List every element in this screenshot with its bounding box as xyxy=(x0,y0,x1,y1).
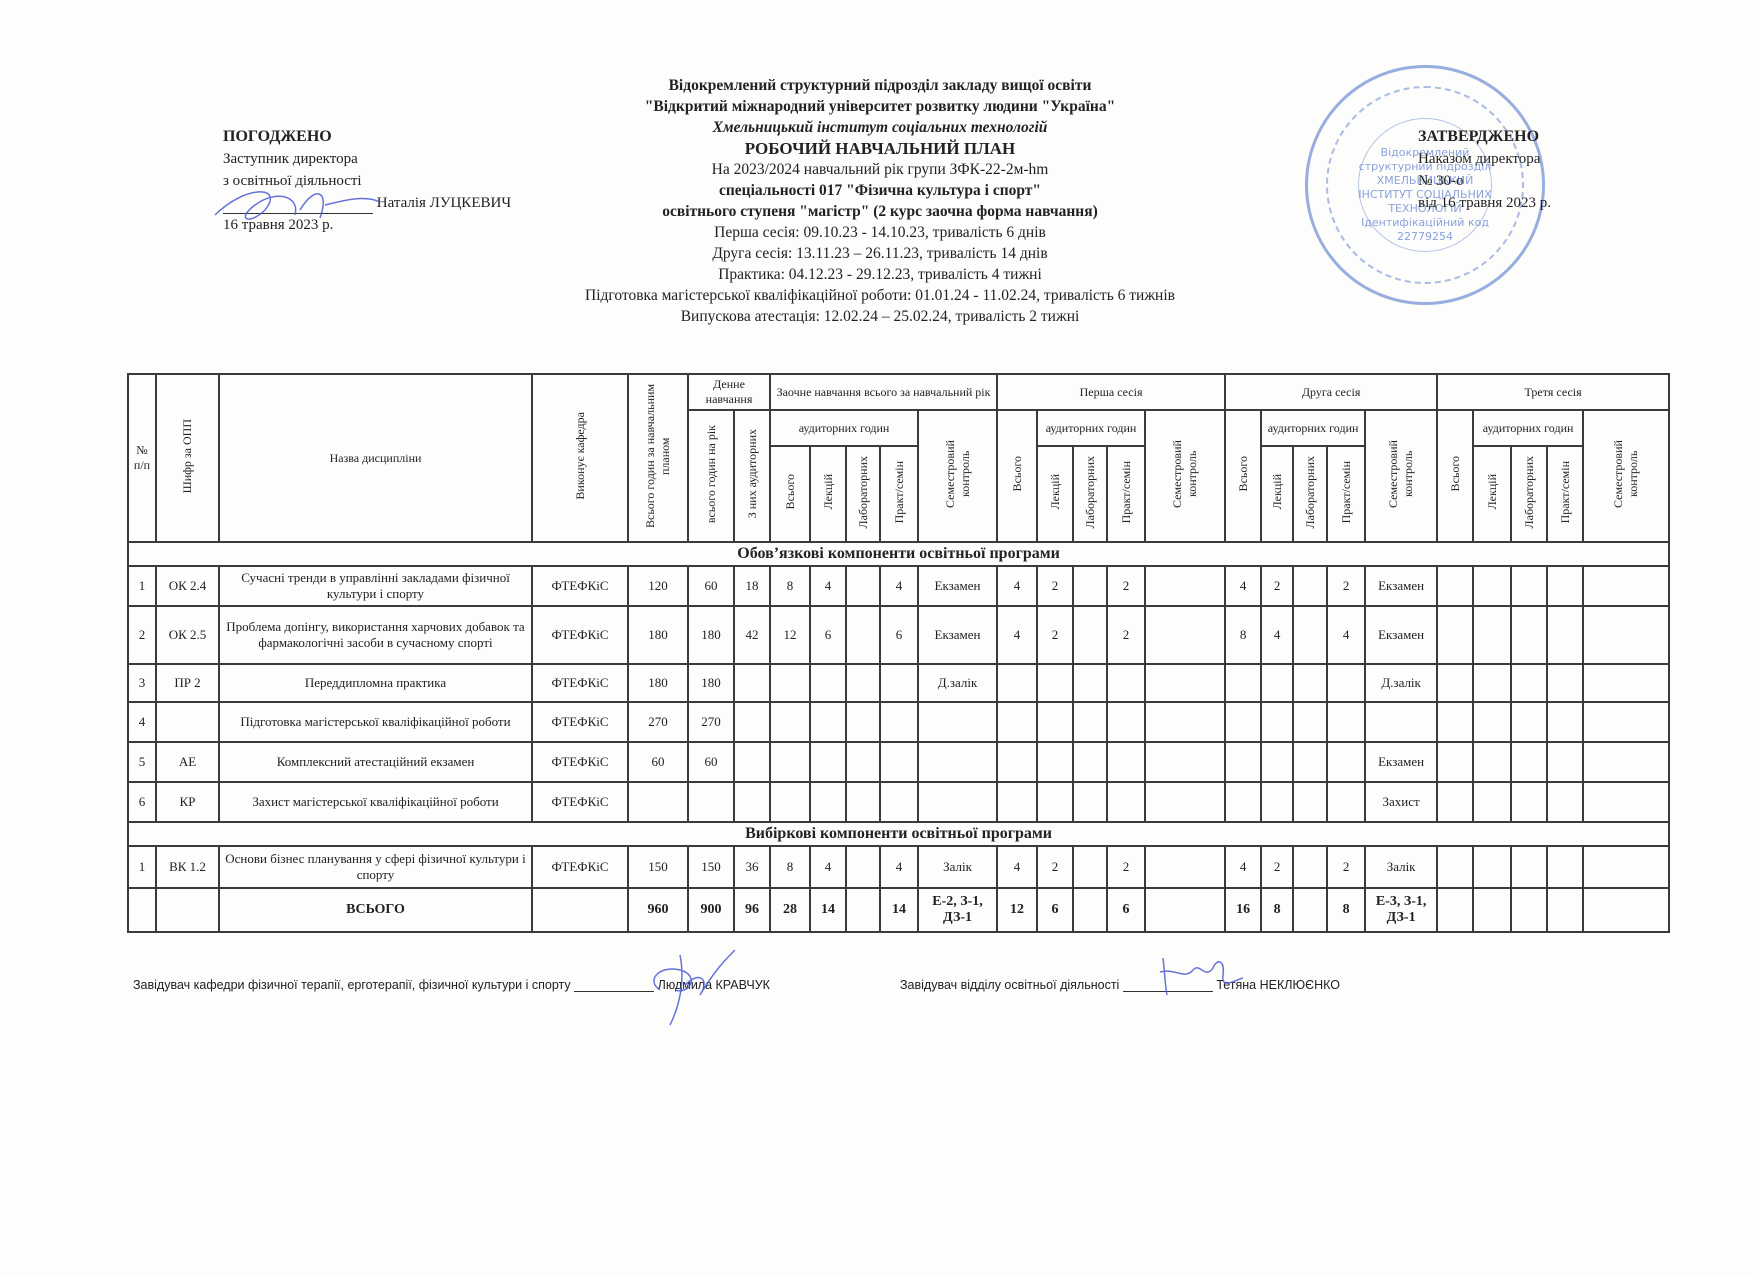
cell-s2-pract: 4 xyxy=(1327,606,1365,664)
cell-s2-pract: 8 xyxy=(1327,888,1365,932)
cell-name: Переддипломна практика xyxy=(219,664,532,702)
cell-day-aud: 36 xyxy=(734,846,770,888)
cell-s3-pract xyxy=(1547,846,1583,888)
cell-s3-ctrl xyxy=(1583,606,1669,664)
cell-s2-lab xyxy=(1293,702,1327,742)
col-code-header: Шифр за ОПП xyxy=(156,374,219,542)
section-elective-label: Вибіркові компоненти освітньої програми xyxy=(128,822,1669,846)
col-s2-pract-header: Практ/семін xyxy=(1327,446,1365,542)
stamp-line: Ідентифікаційний код xyxy=(1308,216,1542,230)
cell-s1-ctrl xyxy=(1145,888,1225,932)
cell-code xyxy=(156,888,219,932)
table-row: 2ОК 2.5Проблема допінгу, використання ха… xyxy=(128,606,1669,664)
cell-ex-lect: 14 xyxy=(810,888,846,932)
col-ex-pract-header: Практ/семін xyxy=(880,446,918,542)
col-s1-pract-header: Практ/семін xyxy=(1107,446,1145,542)
cell-s2-all xyxy=(1225,742,1261,782)
col-s3-pract-header: Практ/семін xyxy=(1547,446,1583,542)
cell-s3-all xyxy=(1437,664,1473,702)
cell-s2-lab xyxy=(1293,742,1327,782)
cell-day-aud xyxy=(734,702,770,742)
cell-s2-pract xyxy=(1327,664,1365,702)
cell-s1-lab xyxy=(1073,566,1107,606)
cell-s1-lect: 2 xyxy=(1037,846,1073,888)
cell-name: Підготовка магістерської кваліфікаційної… xyxy=(219,702,532,742)
cell-s2-ctrl: Екзамен xyxy=(1365,742,1437,782)
cell-s3-pract xyxy=(1547,566,1583,606)
cell-ex-lab xyxy=(846,702,880,742)
cell-dept: ФТЕФКіС xyxy=(532,846,628,888)
cell-s1-pract xyxy=(1107,664,1145,702)
cell-day-aud xyxy=(734,664,770,702)
cell-s1-all: 4 xyxy=(997,566,1037,606)
cell-num: 6 xyxy=(128,782,156,822)
cell-s3-ctrl xyxy=(1583,566,1669,606)
cell-day-aud: 42 xyxy=(734,606,770,664)
table-row: 3ПР 2Переддипломна практикаФТЕФКіС180180… xyxy=(128,664,1669,702)
cell-s3-ctrl xyxy=(1583,742,1669,782)
col-s3-control-header: Семестровий контроль xyxy=(1583,410,1669,542)
cell-day-aud xyxy=(734,742,770,782)
cell-ex-ctrl xyxy=(918,742,997,782)
signature-icon xyxy=(205,180,395,230)
cell-ex-ctrl: Д.залік xyxy=(918,664,997,702)
col-s1-aud-header: аудиторних годин xyxy=(1037,410,1145,446)
cell-s1-all xyxy=(997,782,1037,822)
col-total-plan-header: Всього годин за навчальним планом xyxy=(628,374,688,542)
cell-s1-all: 4 xyxy=(997,606,1037,664)
cell-s3-ctrl xyxy=(1583,888,1669,932)
cell-num: 2 xyxy=(128,606,156,664)
table-row: 5АЕКомплексний атестаційний екзаменФТЕФК… xyxy=(128,742,1669,782)
cell-s1-lab xyxy=(1073,782,1107,822)
cell-s3-lect xyxy=(1473,782,1511,822)
cell-s3-ctrl xyxy=(1583,846,1669,888)
col-s3-all-header: Всього xyxy=(1437,410,1473,542)
cell-ex-all: 12 xyxy=(770,606,810,664)
cell-s1-lab xyxy=(1073,888,1107,932)
cell-s3-lect xyxy=(1473,664,1511,702)
cell-s2-lab xyxy=(1293,566,1327,606)
cell-day-total: 150 xyxy=(688,846,734,888)
col-s2-all-header: Всього xyxy=(1225,410,1261,542)
cell-ex-all xyxy=(770,742,810,782)
cell-s2-lect: 4 xyxy=(1261,606,1293,664)
col-s2-control-header: Семестровий контроль xyxy=(1365,410,1437,542)
cell-s2-all: 4 xyxy=(1225,566,1261,606)
cell-s1-all: 4 xyxy=(997,846,1037,888)
cell-ex-ctrl: Екзамен xyxy=(918,566,997,606)
col-day-study-header: Денне навчання xyxy=(688,374,770,410)
cell-ex-lab xyxy=(846,846,880,888)
header-degree: освітнього ступеня "магістр" (2 курс зао… xyxy=(560,201,1200,222)
cell-s3-lab xyxy=(1511,888,1547,932)
cell-name: Проблема допінгу, використання харчових … xyxy=(219,606,532,664)
section-mandatory: Обов’язкові компоненти освітньої програм… xyxy=(128,542,1669,566)
cell-code: КР xyxy=(156,782,219,822)
cell-s2-lab xyxy=(1293,888,1327,932)
stamp-line: 22779254 xyxy=(1308,230,1542,244)
cell-s1-ctrl xyxy=(1145,664,1225,702)
col-ex-control-header: Семестровий контроль xyxy=(918,410,997,542)
cell-ex-lect: 4 xyxy=(810,566,846,606)
table-row: 1ВК 1.2Основи бізнес планування у сфері … xyxy=(128,846,1669,888)
cell-s2-ctrl: Екзамен xyxy=(1365,606,1437,664)
header-session1: Перша сесія: 09.10.23 - 14.10.23, тривал… xyxy=(560,222,1200,243)
col-s1-control-header: Семестровий контроль xyxy=(1145,410,1225,542)
cell-ex-pract: 14 xyxy=(880,888,918,932)
col-s1-lab-header: Лабораторних xyxy=(1073,446,1107,542)
cell-s3-pract xyxy=(1547,888,1583,932)
header-practice: Практика: 04.12.23 - 29.12.23, триваліст… xyxy=(560,264,1200,285)
cell-s3-lab xyxy=(1511,742,1547,782)
cell-s3-ctrl xyxy=(1583,782,1669,822)
cell-s3-all xyxy=(1437,782,1473,822)
confirmed-order: № 30-о xyxy=(1418,170,1551,192)
cell-s2-all xyxy=(1225,664,1261,702)
header-specialty: спеціальності 017 "Фізична культура і сп… xyxy=(560,180,1200,201)
cell-ex-lab xyxy=(846,664,880,702)
col-day-total-header: всього годин на рік xyxy=(688,410,734,542)
cell-s3-lect xyxy=(1473,846,1511,888)
cell-ex-all xyxy=(770,702,810,742)
cell-s2-lab xyxy=(1293,782,1327,822)
cell-s2-all: 8 xyxy=(1225,606,1261,664)
cell-s2-pract: 2 xyxy=(1327,566,1365,606)
header-line1: Відокремлений структурний підрозділ закл… xyxy=(560,75,1200,96)
cell-ex-all xyxy=(770,782,810,822)
cell-ex-pract xyxy=(880,702,918,742)
cell-day-aud: 18 xyxy=(734,566,770,606)
cell-s3-pract xyxy=(1547,606,1583,664)
cell-s1-ctrl xyxy=(1145,742,1225,782)
col-ex-lab-header: Лабораторних xyxy=(846,446,880,542)
cell-s1-lect: 2 xyxy=(1037,606,1073,664)
cell-s2-pract xyxy=(1327,702,1365,742)
cell-s3-lab xyxy=(1511,846,1547,888)
cell-s2-pract xyxy=(1327,782,1365,822)
cell-total xyxy=(628,782,688,822)
cell-s1-pract: 2 xyxy=(1107,566,1145,606)
cell-num: 1 xyxy=(128,566,156,606)
cell-ex-lect xyxy=(810,702,846,742)
cell-code: ОК 2.5 xyxy=(156,606,219,664)
agreed-heading: ПОГОДЖЕНО xyxy=(223,126,511,148)
cell-code: ПР 2 xyxy=(156,664,219,702)
col-dept-header: Виконує кафедра xyxy=(532,374,628,542)
cell-dept xyxy=(532,888,628,932)
cell-s3-lect xyxy=(1473,742,1511,782)
col-s3-lab-header: Лабораторних xyxy=(1511,446,1547,542)
cell-s2-lab xyxy=(1293,664,1327,702)
cell-s3-all xyxy=(1437,742,1473,782)
col-num-header: № п/п xyxy=(128,374,156,542)
cell-ex-lab xyxy=(846,888,880,932)
cell-ex-lab xyxy=(846,742,880,782)
cell-s1-ctrl xyxy=(1145,606,1225,664)
col-ex-aud-header: аудиторних годин xyxy=(770,410,918,446)
cell-s1-pract xyxy=(1107,742,1145,782)
cell-s3-pract xyxy=(1547,742,1583,782)
col-s1-all-header: Всього xyxy=(997,410,1037,542)
cell-s3-lab xyxy=(1511,702,1547,742)
cell-day-total: 180 xyxy=(688,606,734,664)
cell-day-total xyxy=(688,782,734,822)
table-row: 6КРЗахист магістерської кваліфікаційної … xyxy=(128,782,1669,822)
cell-day-total: 900 xyxy=(688,888,734,932)
cell-ex-lab xyxy=(846,782,880,822)
cell-s1-pract: 2 xyxy=(1107,846,1145,888)
cell-ex-pract xyxy=(880,782,918,822)
cell-s2-lect: 2 xyxy=(1261,846,1293,888)
col-s2-lect-header: Лекцій xyxy=(1261,446,1293,542)
header-line2: "Відкритий міжнародний університет розви… xyxy=(560,96,1200,117)
cell-s3-lab xyxy=(1511,606,1547,664)
total-row: ВСЬОГО96090096281414Е-2, З-1, ДЗ-1126616… xyxy=(128,888,1669,932)
cell-dept: ФТЕФКіС xyxy=(532,702,628,742)
cell-ex-lect xyxy=(810,742,846,782)
cell-s3-lect xyxy=(1473,702,1511,742)
cell-s2-lect xyxy=(1261,742,1293,782)
cell-s3-ctrl xyxy=(1583,702,1669,742)
document-header: Відокремлений структурний підрозділ закл… xyxy=(560,75,1200,327)
cell-ex-ctrl: Екзамен xyxy=(918,606,997,664)
col-s3-aud-header: аудиторних годин xyxy=(1473,410,1583,446)
cell-s2-pract xyxy=(1327,742,1365,782)
cell-ex-pract xyxy=(880,664,918,702)
cell-code: ОК 2.4 xyxy=(156,566,219,606)
header-thesis: Підготовка магістерської кваліфікаційної… xyxy=(460,285,1300,306)
cell-s1-all xyxy=(997,664,1037,702)
cell-s1-lab xyxy=(1073,664,1107,702)
cell-s1-pract xyxy=(1107,782,1145,822)
cell-s1-all xyxy=(997,742,1037,782)
cell-ex-lect xyxy=(810,782,846,822)
cell-dept: ФТЕФКіС xyxy=(532,664,628,702)
cell-ex-pract: 4 xyxy=(880,566,918,606)
cell-code: ВК 1.2 xyxy=(156,846,219,888)
cell-s3-all xyxy=(1437,888,1473,932)
cell-s3-lect xyxy=(1473,566,1511,606)
col-ex-lect-header: Лекцій xyxy=(810,446,846,542)
cell-name: Захист магістерської кваліфікаційної роб… xyxy=(219,782,532,822)
cell-s2-all: 4 xyxy=(1225,846,1261,888)
cell-ex-lect: 4 xyxy=(810,846,846,888)
table-row: 1ОК 2.4Сучасні тренди в управлінні закла… xyxy=(128,566,1669,606)
cell-s3-all xyxy=(1437,702,1473,742)
curriculum-table: № п/п Шифр за ОПП Назва дисципліни Викон… xyxy=(127,373,1670,933)
cell-num: 5 xyxy=(128,742,156,782)
cell-total: 60 xyxy=(628,742,688,782)
cell-day-total: 270 xyxy=(688,702,734,742)
cell-s3-lect xyxy=(1473,888,1511,932)
cell-s1-lab xyxy=(1073,702,1107,742)
cell-ex-ctrl: Е-2, З-1, ДЗ-1 xyxy=(918,888,997,932)
cell-s1-pract: 2 xyxy=(1107,606,1145,664)
cell-s3-lab xyxy=(1511,566,1547,606)
footer-signature-right: Завідувач відділу освітньої діяльності Т… xyxy=(900,977,1340,992)
cell-s2-lab xyxy=(1293,606,1327,664)
cell-s2-pract: 2 xyxy=(1327,846,1365,888)
approval-confirmed-block: ЗАТВЕРДЖЕНО Наказом директора № 30-о від… xyxy=(1418,126,1551,214)
agreed-position-line1: Заступник директора xyxy=(223,148,511,170)
cell-s1-lect xyxy=(1037,664,1073,702)
cell-s2-all xyxy=(1225,702,1261,742)
cell-s1-ctrl xyxy=(1145,566,1225,606)
cell-s1-all xyxy=(997,702,1037,742)
cell-num: 4 xyxy=(128,702,156,742)
cell-name: Комплексний атестаційний екзамен xyxy=(219,742,532,782)
cell-ex-lect: 6 xyxy=(810,606,846,664)
cell-code xyxy=(156,702,219,742)
table-row: 4Підготовка магістерської кваліфікаційно… xyxy=(128,702,1669,742)
section-elective: Вибіркові компоненти освітньої програми xyxy=(128,822,1669,846)
col-session2-header: Друга сесія xyxy=(1225,374,1437,410)
cell-s1-lab xyxy=(1073,846,1107,888)
confirmed-heading: ЗАТВЕРДЖЕНО xyxy=(1418,126,1551,148)
cell-s2-lect xyxy=(1261,782,1293,822)
cell-name: ВСЬОГО xyxy=(219,888,532,932)
header-attestation: Випускова атестація: 12.02.24 – 25.02.24… xyxy=(560,306,1200,327)
cell-ex-all: 28 xyxy=(770,888,810,932)
col-s1-lect-header: Лекцій xyxy=(1037,446,1073,542)
page-title: РОБОЧИЙ НАВЧАЛЬНИЙ ПЛАН xyxy=(560,138,1200,159)
header-year-group: На 2023/2024 навчальний рік групи ЗФК-22… xyxy=(560,159,1200,180)
cell-s1-ctrl xyxy=(1145,846,1225,888)
cell-name: Сучасні тренди в управлінні закладами фі… xyxy=(219,566,532,606)
cell-dept: ФТЕФКіС xyxy=(532,782,628,822)
cell-s1-lect xyxy=(1037,742,1073,782)
cell-s3-ctrl xyxy=(1583,664,1669,702)
cell-num: 3 xyxy=(128,664,156,702)
cell-day-total: 180 xyxy=(688,664,734,702)
cell-total: 960 xyxy=(628,888,688,932)
confirmed-line1: Наказом директора xyxy=(1418,148,1551,170)
cell-total: 150 xyxy=(628,846,688,888)
cell-s1-lab xyxy=(1073,606,1107,664)
cell-s2-ctrl: Екзамен xyxy=(1365,566,1437,606)
cell-s1-lect: 6 xyxy=(1037,888,1073,932)
cell-s2-lect: 2 xyxy=(1261,566,1293,606)
cell-s3-pract xyxy=(1547,664,1583,702)
cell-dept: ФТЕФКіС xyxy=(532,742,628,782)
cell-s1-pract xyxy=(1107,702,1145,742)
cell-dept: ФТЕФКіС xyxy=(532,606,628,664)
cell-s2-ctrl: Е-3, З-1, ДЗ-1 xyxy=(1365,888,1437,932)
cell-s1-lect xyxy=(1037,782,1073,822)
cell-s2-ctrl: Залік xyxy=(1365,846,1437,888)
cell-s3-pract xyxy=(1547,782,1583,822)
cell-ex-pract: 4 xyxy=(880,846,918,888)
cell-s2-lect xyxy=(1261,664,1293,702)
col-day-aud-header: З них аудиторних xyxy=(734,410,770,542)
section-mandatory-label: Обов’язкові компоненти освітньої програм… xyxy=(128,542,1669,566)
col-name-header: Назва дисципліни xyxy=(219,374,532,542)
cell-s3-lect xyxy=(1473,606,1511,664)
cell-s2-all xyxy=(1225,782,1261,822)
cell-s3-lab xyxy=(1511,782,1547,822)
col-s3-lect-header: Лекцій xyxy=(1473,446,1511,542)
cell-ex-lect xyxy=(810,664,846,702)
cell-s2-lect: 8 xyxy=(1261,888,1293,932)
signature-icon xyxy=(640,950,750,1030)
cell-num: 1 xyxy=(128,846,156,888)
cell-ex-pract: 6 xyxy=(880,606,918,664)
cell-day-aud xyxy=(734,782,770,822)
cell-total: 180 xyxy=(628,606,688,664)
cell-ex-all: 8 xyxy=(770,566,810,606)
cell-ex-ctrl xyxy=(918,782,997,822)
cell-s3-pract xyxy=(1547,702,1583,742)
cell-day-total: 60 xyxy=(688,566,734,606)
cell-ex-pract xyxy=(880,742,918,782)
header-institute: Хмельницький інститут соціальних техноло… xyxy=(560,117,1200,138)
cell-s2-all: 16 xyxy=(1225,888,1261,932)
cell-s1-lect xyxy=(1037,702,1073,742)
cell-s3-all xyxy=(1437,606,1473,664)
col-session1-header: Перша сесія xyxy=(997,374,1225,410)
cell-s2-ctrl xyxy=(1365,702,1437,742)
cell-total: 270 xyxy=(628,702,688,742)
cell-total: 180 xyxy=(628,664,688,702)
cell-ex-ctrl: Залік xyxy=(918,846,997,888)
cell-s1-ctrl xyxy=(1145,702,1225,742)
cell-name: Основи бізнес планування у сфері фізично… xyxy=(219,846,532,888)
cell-s3-all xyxy=(1437,566,1473,606)
cell-s2-lab xyxy=(1293,846,1327,888)
col-s2-lab-header: Лабораторних xyxy=(1293,446,1327,542)
signature-icon xyxy=(1155,950,1245,1000)
cell-s1-all: 12 xyxy=(997,888,1037,932)
confirmed-date: від 16 травня 2023 р. xyxy=(1418,192,1551,214)
cell-s2-ctrl: Захист xyxy=(1365,782,1437,822)
cell-total: 120 xyxy=(628,566,688,606)
col-ex-all-header: Всього xyxy=(770,446,810,542)
cell-s1-lect: 2 xyxy=(1037,566,1073,606)
col-session3-header: Третя сесія xyxy=(1437,374,1669,410)
curriculum-table-body: Обов’язкові компоненти освітньої програм… xyxy=(128,542,1669,932)
cell-s2-lect xyxy=(1261,702,1293,742)
col-extramural-header: Заочне навчання всього за навчальний рік xyxy=(770,374,997,410)
footer-left-title: Завідувач кафедри фізичної терапії, ерго… xyxy=(133,978,571,992)
cell-day-aud: 96 xyxy=(734,888,770,932)
cell-s1-lab xyxy=(1073,742,1107,782)
cell-ex-ctrl xyxy=(918,702,997,742)
cell-ex-all xyxy=(770,664,810,702)
cell-s2-ctrl: Д.залік xyxy=(1365,664,1437,702)
agreed-name: Наталія ЛУЦКЕВИЧ xyxy=(377,195,511,211)
header-session2: Друга сесія: 13.11.23 – 26.11.23, тривал… xyxy=(560,243,1200,264)
cell-dept: ФТЕФКіС xyxy=(532,566,628,606)
cell-s1-ctrl xyxy=(1145,782,1225,822)
col-s2-aud-header: аудиторних годин xyxy=(1261,410,1365,446)
cell-code: АЕ xyxy=(156,742,219,782)
cell-s3-lab xyxy=(1511,664,1547,702)
cell-ex-lab xyxy=(846,566,880,606)
cell-num xyxy=(128,888,156,932)
cell-s3-all xyxy=(1437,846,1473,888)
cell-ex-lab xyxy=(846,606,880,664)
cell-s1-pract: 6 xyxy=(1107,888,1145,932)
footer-right-title: Завідувач відділу освітньої діяльності xyxy=(900,978,1119,992)
cell-ex-all: 8 xyxy=(770,846,810,888)
cell-day-total: 60 xyxy=(688,742,734,782)
